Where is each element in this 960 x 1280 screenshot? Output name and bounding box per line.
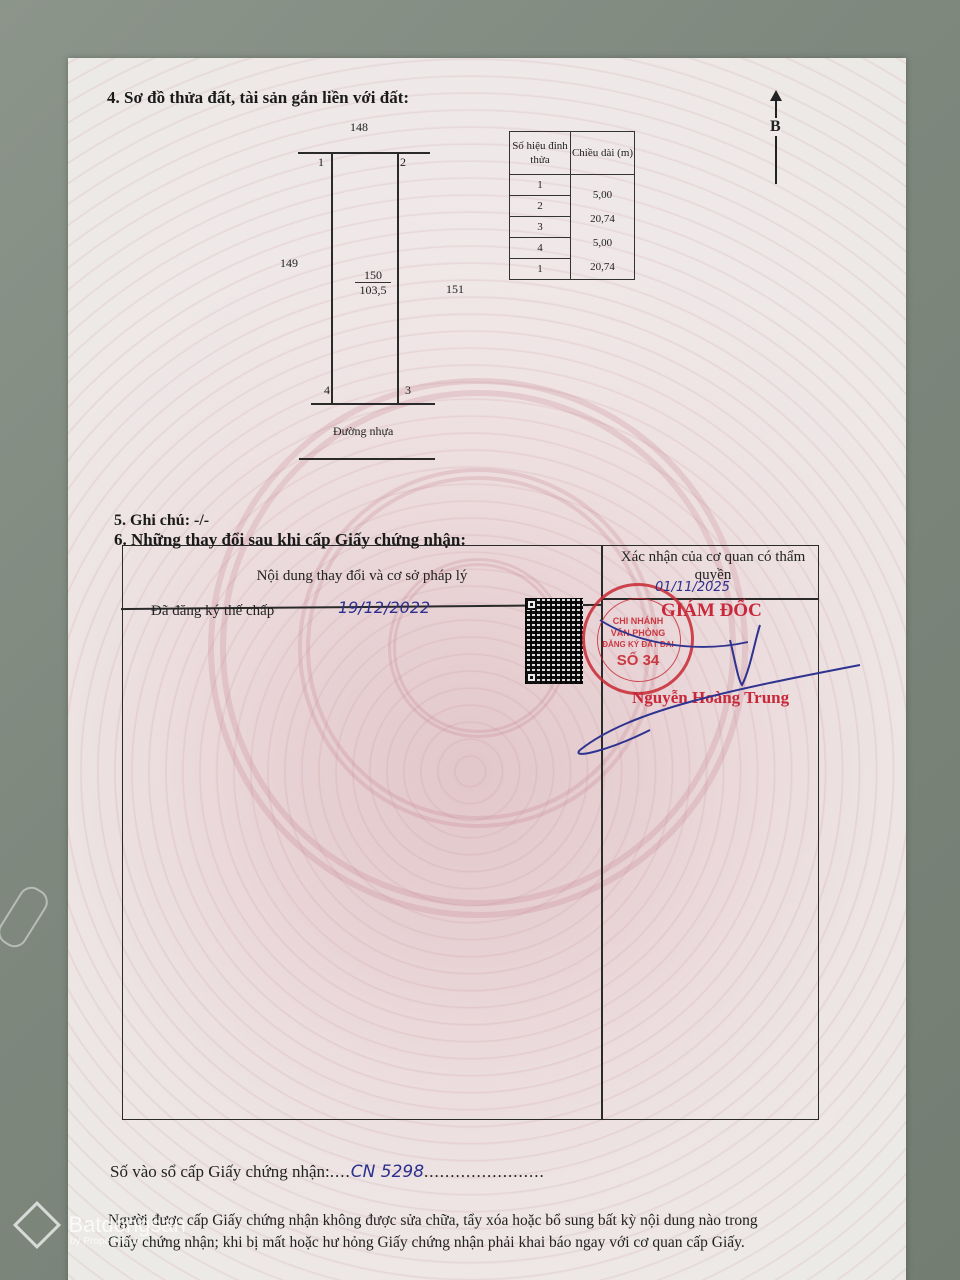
watermark-sub: by PropertyGuru [70,1236,186,1247]
batdongsan-logo-icon [13,1201,61,1249]
edge-length-table: Số hiệu đỉnh thửa Chiều dài (m) 1 5,00 2… [509,131,635,280]
registry-value: CN 5298 [351,1162,424,1182]
vertex-id: 3 [510,217,571,238]
change-entry-date: 19/12/2022 [338,598,430,617]
vertex-label-1: 1 [318,155,324,170]
edge-length: 20,74 [571,255,634,279]
edge-length: 20,74 [571,207,634,231]
length-cell: 5,00 20,74 5,00 20,74 [571,175,635,280]
parcel-bottom-boundary [311,403,435,405]
footer-note-line2: Giấy chứng nhận; khi bị mất hoặc hư hỏng… [108,1234,745,1252]
qr-finder-pattern [526,599,537,610]
edge-length: 5,00 [571,231,634,255]
confirmation-date: 01/11/2025 [655,580,730,595]
parcel-left-boundary [331,152,333,404]
parcel-area: 103,5 [352,283,394,298]
edge-length: 5,00 [571,183,634,207]
registry-number-row: Số vào sổ cấp Giấy chứng nhận:....CN 529… [110,1162,545,1182]
registry-label: Số vào sổ cấp Giấy chứng nhận: [110,1162,330,1181]
adjacent-parcel-right: 151 [446,282,464,297]
column-header-changes: Nội dung thay đổi và cơ sở pháp lý [123,568,601,585]
adjacent-parcel-top: 148 [350,120,368,135]
column-header-confirmation: Xác nhận của cơ quan có thẩm quyền [613,548,813,584]
road-edge [299,458,435,460]
vertex-id: 1 [510,259,571,280]
vertex-id: 2 [510,196,571,217]
watermark-brand: Batdongsan [68,1212,185,1237]
vertex-label-3: 3 [405,383,411,398]
north-arrow-line [775,96,777,184]
change-entry-text: Đã đăng ký thế chấp [151,603,274,620]
paper-clip [0,882,53,952]
parcel-number: 150 [355,269,391,283]
road-label: Đường nhựa [333,424,393,439]
footer-note-line1: Người được cấp Giấy chứng nhận không đượ… [108,1212,758,1230]
parcel-right-boundary [397,152,399,404]
north-label: B [770,118,781,136]
qr-finder-pattern [526,672,537,683]
vertex-label-2: 2 [400,155,406,170]
vertex-id: 4 [510,238,571,259]
vertex-id: 1 [510,175,571,196]
signature-scribble [570,600,870,770]
batdongsan-watermark: Batdongsan by PropertyGuru [20,1208,186,1247]
header-vertex-id: Số hiệu đỉnh thửa [510,132,571,175]
adjacent-parcel-left: 149 [280,256,298,271]
header-length: Chiều dài (m) [571,132,635,175]
parcel-top-boundary [298,152,430,154]
vertex-label-4: 4 [324,383,330,398]
section4-heading: 4. Sơ đồ thửa đất, tài sản gắn liền với … [107,88,409,108]
section5-heading: 5. Ghi chú: -/- [114,512,209,530]
